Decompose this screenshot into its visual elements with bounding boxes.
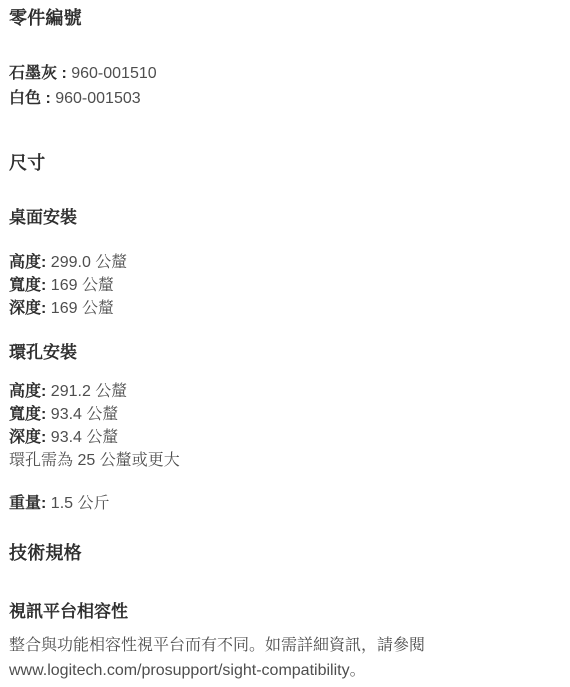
weight-label: 重量:	[9, 495, 46, 512]
part-number-value-graphite: 960-001510	[71, 65, 156, 82]
video-platform-compatibility-text: 整合與功能相容性視平台而有不同。如需詳細資訊，請參閱 www.logitech.…	[9, 633, 550, 683]
grommet-mount-specs: 高度: 291.2 公釐 寬度: 93.4 公釐 深度: 93.4 公釐 環孔需…	[9, 380, 550, 472]
spec-row-grommet-width: 寬度: 93.4 公釐	[9, 403, 550, 426]
part-number-heading: 零件編號	[9, 6, 550, 30]
desktop-mount-specs: 高度: 299.0 公釐 寬度: 169 公釐 深度: 169 公釐	[9, 251, 550, 320]
spec-value-width: 93.4 公釐	[51, 406, 119, 423]
spec-label-width: 寬度:	[9, 406, 46, 423]
spec-label-height: 高度:	[9, 254, 46, 271]
part-number-row-graphite: 石墨灰 : 960-001510	[9, 61, 550, 86]
spec-row-desktop-height: 高度: 299.0 公釐	[9, 251, 550, 274]
spec-label-depth: 深度:	[9, 300, 46, 317]
spec-label-depth: 深度:	[9, 429, 46, 446]
dimensions-heading: 尺寸	[9, 151, 550, 175]
weight-value: 1.5 公斤	[51, 495, 110, 512]
video-platform-subheading: 視訊平台相容性	[9, 601, 550, 623]
grommet-size-note: 環孔需為 25 公釐或更大	[9, 449, 550, 472]
product-spec-sheet: 零件編號 石墨灰 : 960-001510 白色 : 960-001503 尺寸…	[9, 6, 550, 683]
spec-row-grommet-depth: 深度: 93.4 公釐	[9, 426, 550, 449]
spec-value-depth: 93.4 公釐	[51, 429, 119, 446]
spec-label-height: 高度:	[9, 383, 46, 400]
spec-row-grommet-height: 高度: 291.2 公釐	[9, 380, 550, 403]
spec-label-width: 寬度:	[9, 277, 46, 294]
spec-value-width: 169 公釐	[51, 277, 114, 294]
weight-row: 重量: 1.5 公斤	[9, 492, 550, 515]
part-number-value-white: 960-001503	[55, 90, 140, 107]
spec-row-desktop-width: 寬度: 169 公釐	[9, 274, 550, 297]
technical-specs-heading: 技術規格	[9, 541, 550, 565]
part-number-list: 石墨灰 : 960-001510 白色 : 960-001503	[9, 61, 550, 111]
grommet-mount-subheading: 環孔安裝	[9, 342, 550, 364]
color-label-graphite: 石墨灰 :	[9, 65, 67, 82]
spec-value-height: 299.0 公釐	[51, 254, 128, 271]
spec-value-depth: 169 公釐	[51, 300, 114, 317]
part-number-row-white: 白色 : 960-001503	[9, 86, 550, 111]
color-label-white: 白色 :	[9, 90, 51, 107]
spec-row-desktop-depth: 深度: 169 公釐	[9, 297, 550, 320]
desktop-mount-subheading: 桌面安裝	[9, 207, 550, 229]
spec-value-height: 291.2 公釐	[51, 383, 128, 400]
